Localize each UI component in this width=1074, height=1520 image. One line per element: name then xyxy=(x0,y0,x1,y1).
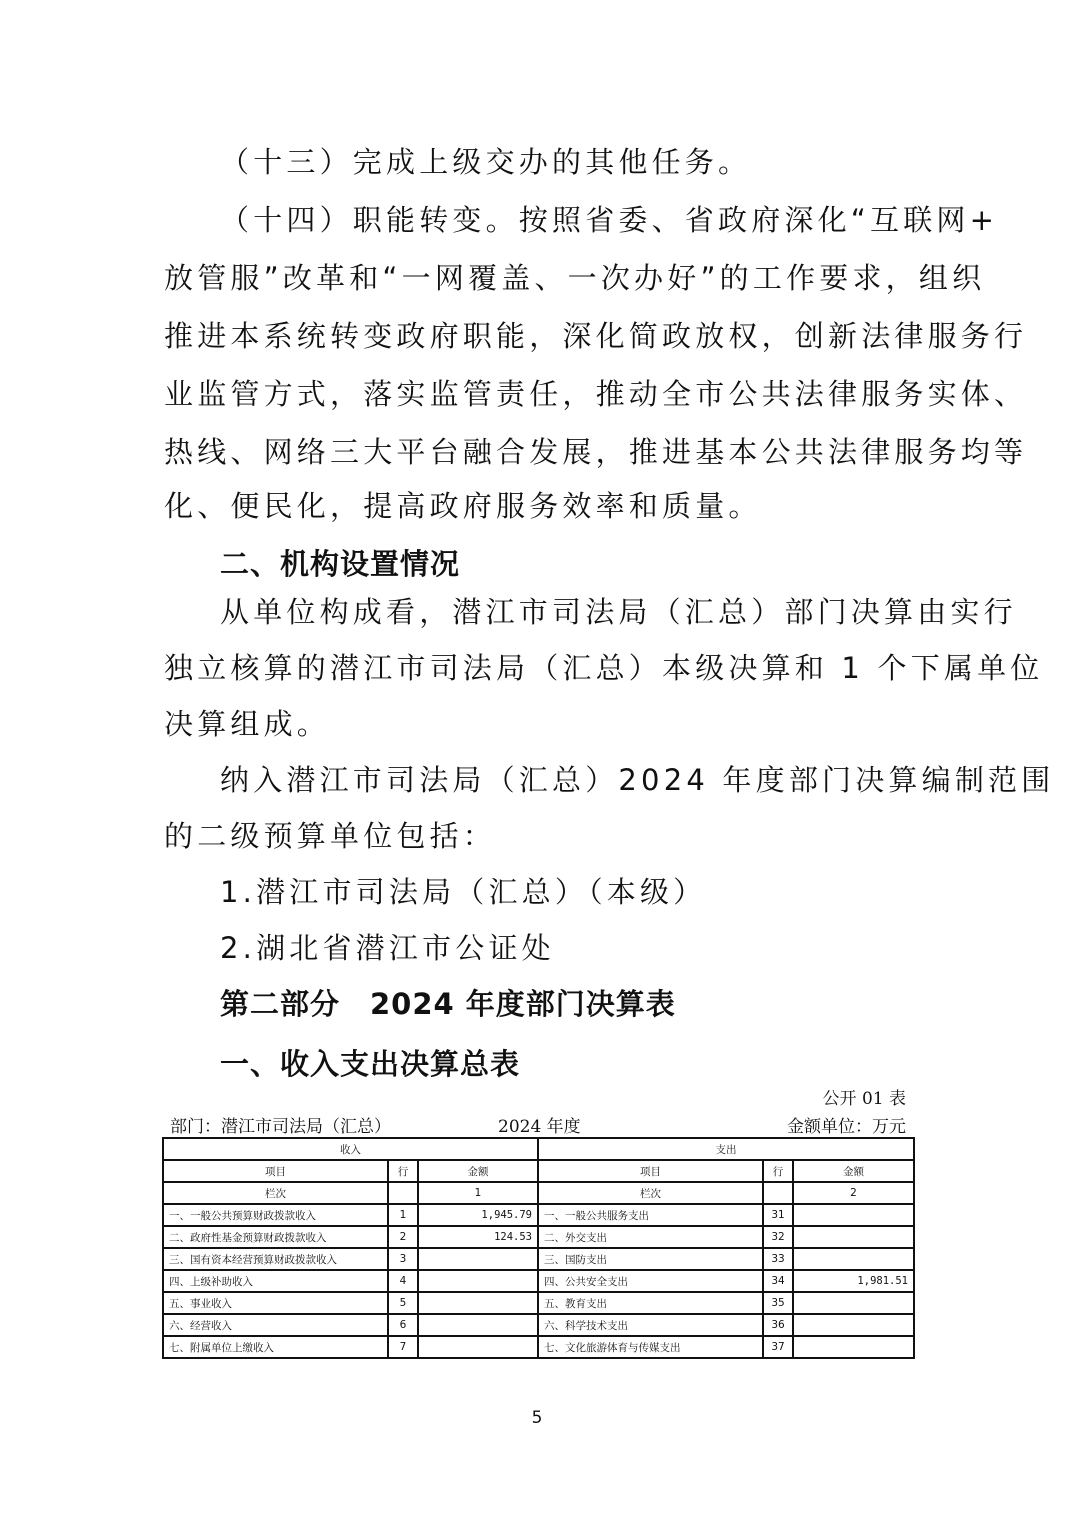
unit-item-2: 2.湖北省潜江市公证处 xyxy=(220,926,555,967)
expense-amount xyxy=(793,1314,914,1336)
form-number: 公开 01 表 xyxy=(823,1084,906,1109)
income-row-no: 6 xyxy=(388,1314,418,1336)
table-index-row: 栏次 1 栏次 2 xyxy=(163,1182,914,1204)
income-row-no: 4 xyxy=(388,1270,418,1292)
paragraph-scope-line2: 的二级预算单位包括： xyxy=(164,814,496,855)
income-row-no: 1 xyxy=(388,1204,418,1226)
income-item: 七、附属单位上缴收入 xyxy=(163,1336,388,1358)
unit-item-1: 1.潜江市司法局（汇总）（本级） xyxy=(220,870,706,911)
expense-row-no: 34 xyxy=(763,1270,793,1292)
table-row: 一、一般公共预算财政拨款收入 1 1,945.79 一、一般公共服务支出 31 xyxy=(163,1204,914,1226)
table-row: 二、政府性基金预算财政拨款收入 2 124.53 二、外交支出 32 xyxy=(163,1226,914,1248)
income-item: 一、一般公共预算财政拨款收入 xyxy=(163,1204,388,1226)
table-row: 六、经营收入 6 六、科学技术支出 36 xyxy=(163,1314,914,1336)
expense-row-no: 36 xyxy=(763,1314,793,1336)
income-amount: 124.53 xyxy=(418,1226,538,1248)
paragraph-scope-line1: 纳入潜江市司法局（汇总）2024 年度部门决算编制范围 xyxy=(220,758,1054,799)
expense-item: 五、教育支出 xyxy=(538,1292,763,1314)
income-col-amount: 金额 xyxy=(418,1160,538,1182)
expense-amount: 1,981.51 xyxy=(793,1270,914,1292)
income-row-no: 3 xyxy=(388,1248,418,1270)
expense-row-no: 35 xyxy=(763,1292,793,1314)
paragraph-org-line3: 决算组成。 xyxy=(164,702,330,743)
paragraph-item13: （十三）完成上级交办的其他任务。 xyxy=(220,140,751,181)
amount-unit-label: 金额单位：万元 xyxy=(787,1112,906,1137)
year-label: 2024 年度 xyxy=(498,1112,581,1137)
paragraph-org-line2: 独立核算的潜江市司法局（汇总）本级决算和 1 个下属单位 xyxy=(164,646,1044,687)
income-amount xyxy=(418,1336,538,1358)
income-item: 二、政府性基金预算财政拨款收入 xyxy=(163,1226,388,1248)
expense-amount xyxy=(793,1248,914,1270)
income-expense-table: 收入 支出 项目 行 金额 项目 行 金额 栏次 1 栏次 2 一、一般公共预算… xyxy=(162,1137,915,1359)
expense-index-row-empty xyxy=(763,1182,793,1204)
expense-section-header: 支出 xyxy=(538,1138,914,1160)
expense-col-amount: 金额 xyxy=(793,1160,914,1182)
table-section-header-row: 收入 支出 xyxy=(163,1138,914,1160)
income-amount xyxy=(418,1270,538,1292)
table1-heading: 一、收入支出决算总表 xyxy=(220,1042,520,1083)
paragraph-item14-line5: 热线、网络三大平台融合发展，推进基本公共法律服务均等 xyxy=(164,430,1027,471)
expense-row-no: 31 xyxy=(763,1204,793,1226)
expense-col-index: 2 xyxy=(793,1182,914,1204)
paragraph-item14-line4: 业监管方式，落实监管责任，推动全市公共法律服务实体、 xyxy=(164,372,1027,413)
income-col-row: 行 xyxy=(388,1160,418,1182)
income-amount xyxy=(418,1292,538,1314)
income-section-header: 收入 xyxy=(163,1138,538,1160)
page-number: 5 xyxy=(0,1408,1074,1428)
income-item: 三、国有资本经营预算财政拨款收入 xyxy=(163,1248,388,1270)
expense-col-row: 行 xyxy=(763,1160,793,1182)
income-col-item: 项目 xyxy=(163,1160,388,1182)
expense-index-label: 栏次 xyxy=(538,1182,763,1204)
income-item: 四、上级补助收入 xyxy=(163,1270,388,1292)
table-row: 四、上级补助收入 4 四、公共安全支出 34 1,981.51 xyxy=(163,1270,914,1292)
paragraph-item14-line3: 推进本系统转变政府职能，深化简政放权，创新法律服务行 xyxy=(164,314,1027,355)
department-label: 部门：潜江市司法局（汇总） xyxy=(170,1112,391,1137)
paragraph-item14-line6: 化、便民化，提高政府服务效率和质量。 xyxy=(164,484,762,525)
expense-item: 六、科学技术支出 xyxy=(538,1314,763,1336)
income-amount: 1,945.79 xyxy=(418,1204,538,1226)
table-row: 五、事业收入 5 五、教育支出 35 xyxy=(163,1292,914,1314)
part2-heading: 第二部分 2024 年度部门决算表 xyxy=(220,982,676,1023)
table-row: 七、附属单位上缴收入 7 七、文化旅游体育与传媒支出 37 xyxy=(163,1336,914,1358)
paragraph-org-line1: 从单位构成看，潜江市司法局（汇总）部门决算由实行 xyxy=(220,590,1017,631)
income-index-row-empty xyxy=(388,1182,418,1204)
paragraph-item14-line1: （十四）职能转变。按照省委、省政府深化“互联网+ xyxy=(220,198,998,239)
expense-amount xyxy=(793,1292,914,1314)
income-index-label: 栏次 xyxy=(163,1182,388,1204)
expense-item: 四、公共安全支出 xyxy=(538,1270,763,1292)
table-row: 三、国有资本经营预算财政拨款收入 3 三、国防支出 33 xyxy=(163,1248,914,1270)
expense-amount xyxy=(793,1336,914,1358)
expense-col-item: 项目 xyxy=(538,1160,763,1182)
income-row-no: 5 xyxy=(388,1292,418,1314)
section-heading-org: 二、机构设置情况 xyxy=(220,542,460,583)
income-col-index: 1 xyxy=(418,1182,538,1204)
expense-row-no: 37 xyxy=(763,1336,793,1358)
income-row-no: 7 xyxy=(388,1336,418,1358)
table-column-header-row: 项目 行 金额 项目 行 金额 xyxy=(163,1160,914,1182)
expense-row-no: 32 xyxy=(763,1226,793,1248)
expense-item: 三、国防支出 xyxy=(538,1248,763,1270)
expense-amount xyxy=(793,1204,914,1226)
paragraph-item14-line2: 放管服”改革和“一网覆盖、一次办好”的工作要求，组织 xyxy=(164,256,985,297)
expense-row-no: 33 xyxy=(763,1248,793,1270)
income-item: 五、事业收入 xyxy=(163,1292,388,1314)
expense-amount xyxy=(793,1226,914,1248)
income-row-no: 2 xyxy=(388,1226,418,1248)
expense-item: 一、一般公共服务支出 xyxy=(538,1204,763,1226)
income-amount xyxy=(418,1314,538,1336)
expense-item: 七、文化旅游体育与传媒支出 xyxy=(538,1336,763,1358)
income-amount xyxy=(418,1248,538,1270)
income-item: 六、经营收入 xyxy=(163,1314,388,1336)
expense-item: 二、外交支出 xyxy=(538,1226,763,1248)
